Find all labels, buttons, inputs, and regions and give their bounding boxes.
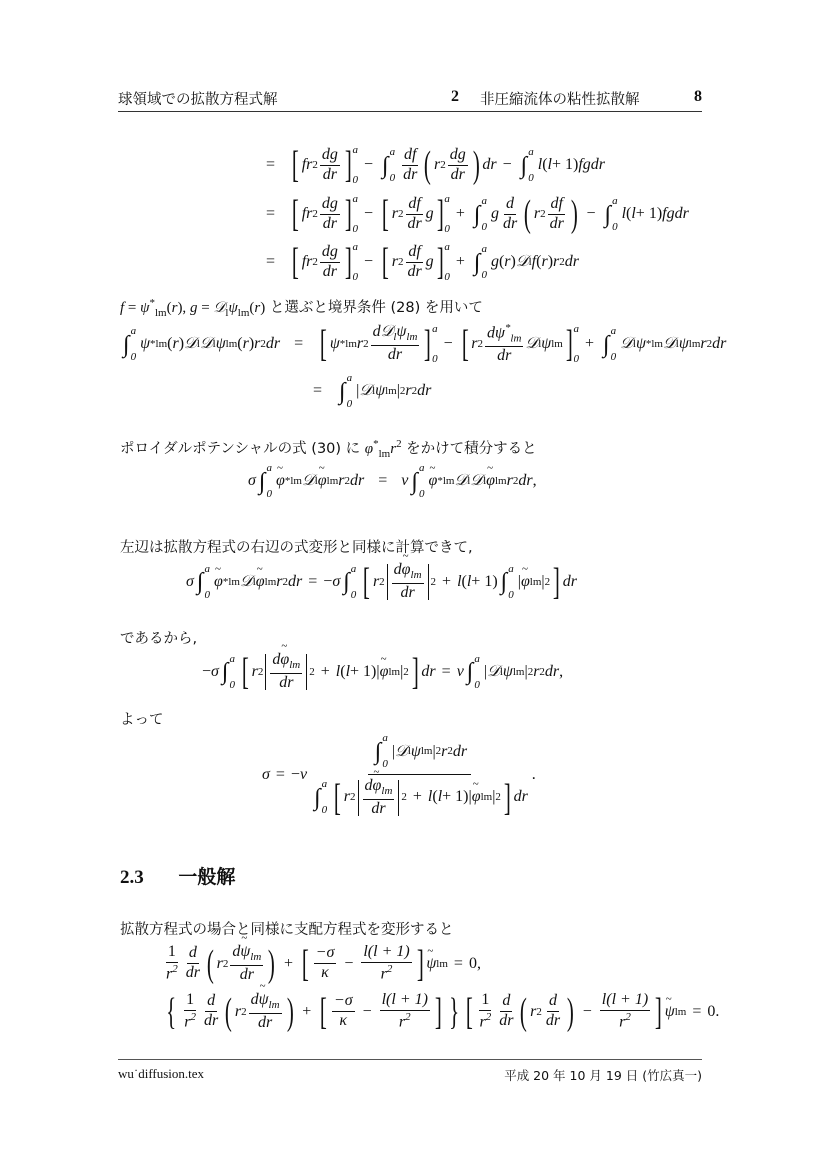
section-number: 2 <box>451 88 459 106</box>
poloidal-intro: ポロイダルポテンシャルの式 (30) に φ*lmr2 をかけて積分すると <box>120 437 537 460</box>
equation-line-3: = [fr2dgdr]a0 −[r2dfdrg]a0 +∫a0g(r)𝒟lf(r… <box>266 241 579 283</box>
choice-suffix: と選ぶと境界条件 (28) を用いて <box>270 300 483 316</box>
equation-psi-line-1: ∫a0ψ*lm(r)𝒟l𝒟lψlm(r)r2dr = [ψ*lmr2d𝒟lψlm… <box>120 323 726 365</box>
equation-general-1: 1r2ddr (r2dψlmdr) +[−σκ−l(l + 1)r2] ψlm=… <box>162 944 481 984</box>
equation-poloidal: σ∫a0φ*lm𝒟lφlmr2dr = ν∫a0φ*lm𝒟l𝒟lφlmr2dr, <box>248 462 537 500</box>
header-rule <box>118 111 702 112</box>
therefore-text: であるから, <box>120 627 197 648</box>
equation-balance: −σ∫a0 [r2dφlmdr2 +l(l + 1)|φlm|2]dr =ν∫a… <box>202 652 563 692</box>
equation-lhs: σ∫a0φ*lm𝒟lφlmr2dr =−σ∫a0 [r2dφlmdr2 +l(l… <box>186 562 577 602</box>
footer-rule <box>118 1059 702 1060</box>
equation-line-1: = [fr2dgdr]a0 −∫a0 dfdr(r2dgdr)dr −∫a0l(… <box>266 144 605 186</box>
section-heading-title: 一般解 <box>178 866 235 888</box>
general-intro: 拡散方程式の場合と同様に支配方程式を変形すると <box>120 918 454 939</box>
footer-filename: wu˙diffusion.tex <box>118 1066 204 1082</box>
equation-general-2: {1r2ddr (r2dψlmdr) +[−σκ−l(l + 1)r2]} [1… <box>162 992 719 1032</box>
equation-psi-line-2: = ∫a0|𝒟lψlm|2r2dr <box>313 372 431 410</box>
section-heading-number: 2.3 <box>120 867 144 888</box>
document-title: 球領域での拡散方程式解 <box>118 88 278 109</box>
lhs-intro: 左辺は拡散方程式の右辺の式変形と同様に計算できて, <box>120 536 473 557</box>
section-title: 非圧縮流体の粘性拡散解 <box>480 88 640 109</box>
equation-line-2: = [fr2dgdr]a0 −[r2dfdrg]a0 +∫a0gddr(r2df… <box>266 193 689 235</box>
section-heading: 2.3 一般解 <box>120 862 235 889</box>
footer-date-author: 平成 20 年 10 月 19 日 (竹広真一) <box>504 1066 702 1084</box>
running-header: 球領域での拡散方程式解 2 非圧縮流体の粘性拡散解 8 <box>118 88 702 110</box>
hence-text: よって <box>120 708 164 729</box>
choice-text: f = ψ*lm(r), g = 𝒟lψlm(r) と選ぶと境界条件 (28) … <box>120 296 483 319</box>
equation-sigma: σ=−ν ∫a0|𝒟lψlm|2r2dr ∫a0[r2dφlmdr2+l(l +… <box>262 733 536 818</box>
page-number: 8 <box>694 88 702 106</box>
